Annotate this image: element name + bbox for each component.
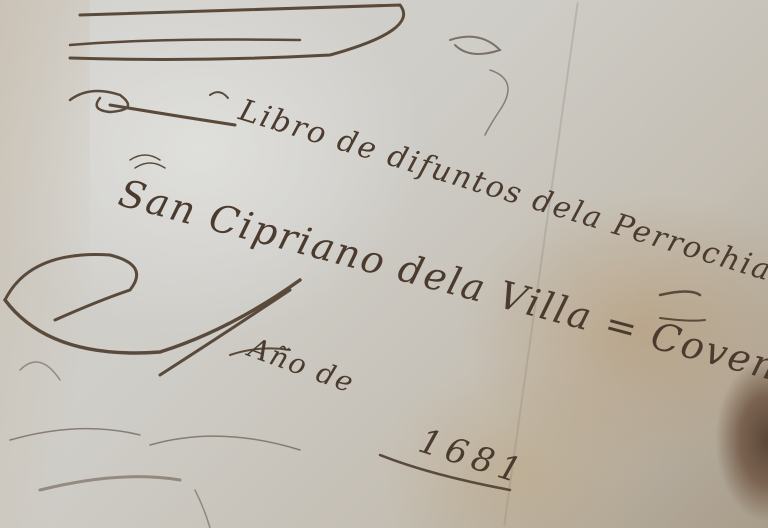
manuscript-photo: Libro de difuntos dela Perrochial de San… [0, 0, 768, 528]
